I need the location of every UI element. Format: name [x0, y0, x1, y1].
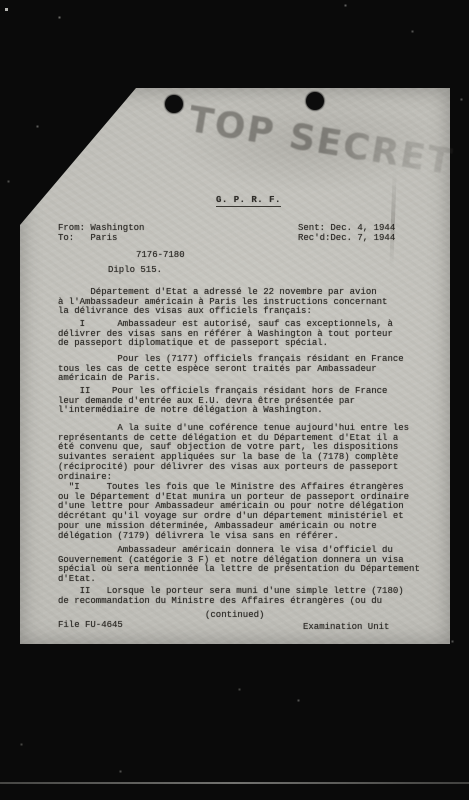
- document-scan: TOP SECRET G. P. R. F. From: Washington …: [0, 0, 469, 800]
- paragraph-lorsque: II Lorsque le porteur sera muni d'une si…: [58, 587, 404, 606]
- paragraph-intro: Département d'Etat a adressé le 22 novem…: [58, 288, 387, 317]
- scanner-noise-specks: [0, 0, 1, 1]
- hole-punch-right: [306, 92, 324, 110]
- paragraph-visa-officiel: Ambassadeur américain donnera le visa d'…: [58, 546, 420, 585]
- org-heading: G. P. R. F.: [216, 195, 281, 207]
- paragraph-conference: A la suite d'une coférence tenue aujourd…: [58, 424, 409, 482]
- examination-unit-label: Examination Unit: [303, 623, 389, 633]
- scanner-edge-line: [0, 782, 469, 784]
- paragraph-quoted-one: "I Toutes les fois que le Ministre des A…: [58, 483, 409, 541]
- paragraph-pour-7177: Pour les (7177) officiels français résid…: [58, 355, 404, 384]
- paragraph-item-one: I Ambassadeur est autorisé, sauf cas exc…: [58, 320, 393, 349]
- to-line: To: Paris: [58, 234, 117, 244]
- hole-punch-left: [165, 95, 183, 113]
- continued-note: (continued): [205, 611, 264, 621]
- file-number: File FU-4645: [58, 621, 123, 631]
- received-line: Rec'd:Dec. 7, 1944: [298, 234, 395, 244]
- paragraph-item-two: II Pour les officiels français résidant …: [58, 387, 387, 416]
- series-number: Diplo 515.: [108, 266, 162, 276]
- reference-numbers: 7176-7180: [136, 251, 185, 261]
